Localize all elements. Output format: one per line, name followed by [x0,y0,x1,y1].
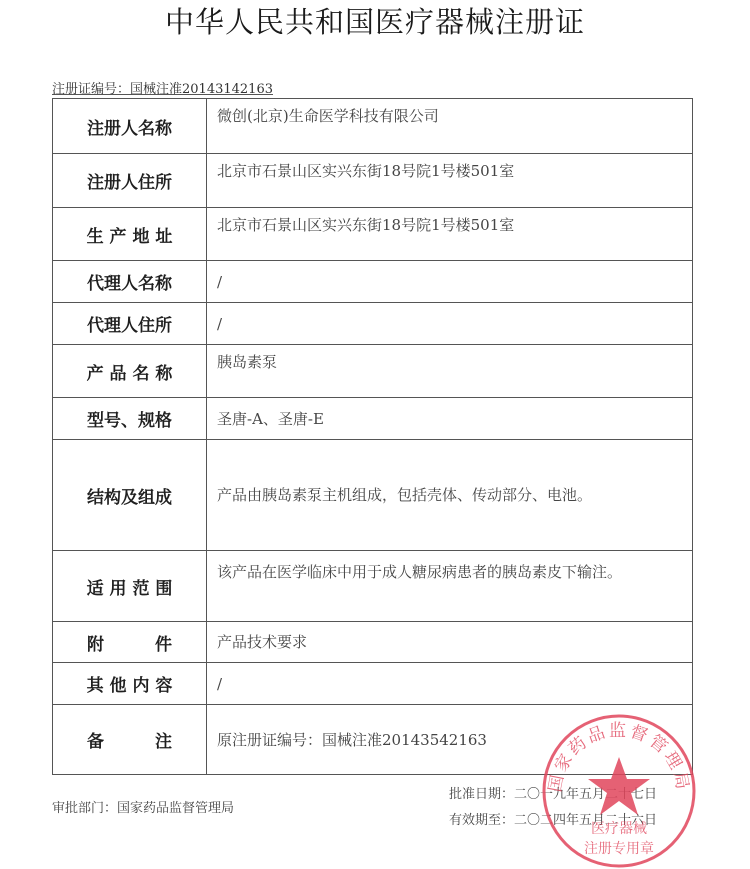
value-agent-name: / [207,261,693,303]
label-production-address: 生 产 地 址 [53,208,207,261]
value-remarks: 原注册证编号：国械注准20143542163 [207,705,693,775]
value-structure: 产品由胰岛素泵主机组成，包括壳体、传动部分、电池。 [207,440,693,551]
valid-until: 有效期至：二〇二四年五月二十六日 [449,808,657,834]
value-registrant-address: 北京市石景山区实兴东街18号院1号楼501室 [207,154,693,208]
label-registrant-address: 注册人住所 [53,154,207,208]
approval-department: 审批部门：国家药品监督管理局 [52,797,234,816]
registration-table: 注册人名称 微创(北京)生命医学科技有限公司 注册人住所 北京市石景山区实兴东街… [52,98,693,775]
value-production-address: 北京市石景山区实兴东街18号院1号楼501室 [207,208,693,261]
row-agent-name: 代理人名称 / [53,261,693,303]
label-attachment: 附 件 [53,622,207,663]
value-scope: 该产品在医学临床中用于成人糖尿病患者的胰岛素皮下输注。 [207,551,693,622]
value-attachment: 产品技术要求 [207,622,693,663]
label-other: 其 他 内 容 [53,663,207,705]
row-other: 其 他 内 容 / [53,663,693,705]
value-agent-address: / [207,303,693,345]
row-structure: 结构及组成 产品由胰岛素泵主机组成，包括壳体、传动部分、电池。 [53,440,693,551]
row-production-address: 生 产 地 址 北京市石景山区实兴东街18号院1号楼501室 [53,208,693,261]
document-title: 中华人民共和国医疗器械注册证 [0,4,750,40]
row-registrant-address: 注册人住所 北京市石景山区实兴东街18号院1号楼501室 [53,154,693,208]
label-scope: 适 用 范 围 [53,551,207,622]
row-agent-address: 代理人住所 / [53,303,693,345]
value-product-name: 胰岛素泵 [207,345,693,398]
label-agent-address: 代理人住所 [53,303,207,345]
row-remarks: 备 注 原注册证编号：国械注准20143542163 [53,705,693,775]
label-registrant-name: 注册人名称 [53,99,207,154]
label-agent-name: 代理人名称 [53,261,207,303]
value-registrant-name: 微创(北京)生命医学科技有限公司 [207,99,693,154]
label-structure: 结构及组成 [53,440,207,551]
certificate-number: 注册证编号：国械注准20143142163 [52,82,273,98]
label-remarks: 备 注 [53,705,207,775]
label-product-name: 产 品 名 称 [53,345,207,398]
value-model-spec: 圣唐-A、圣唐-E [207,398,693,440]
row-model-spec: 型号、规格 圣唐-A、圣唐-E [53,398,693,440]
row-registrant-name: 注册人名称 微创(北京)生命医学科技有限公司 [53,99,693,154]
value-other: / [207,663,693,705]
row-scope: 适 用 范 围 该产品在医学临床中用于成人糖尿病患者的胰岛素皮下输注。 [53,551,693,622]
approval-date: 批准日期：二〇一九年五月二十七日 [449,782,657,808]
row-attachment: 附 件 产品技术要求 [53,622,693,663]
row-product-name: 产 品 名 称 胰岛素泵 [53,345,693,398]
label-model-spec: 型号、规格 [53,398,207,440]
stamp-inner-line2: 注册专用章 [584,840,654,857]
footer-dates: 批准日期：二〇一九年五月二十七日 有效期至：二〇二四年五月二十六日 [449,782,657,834]
